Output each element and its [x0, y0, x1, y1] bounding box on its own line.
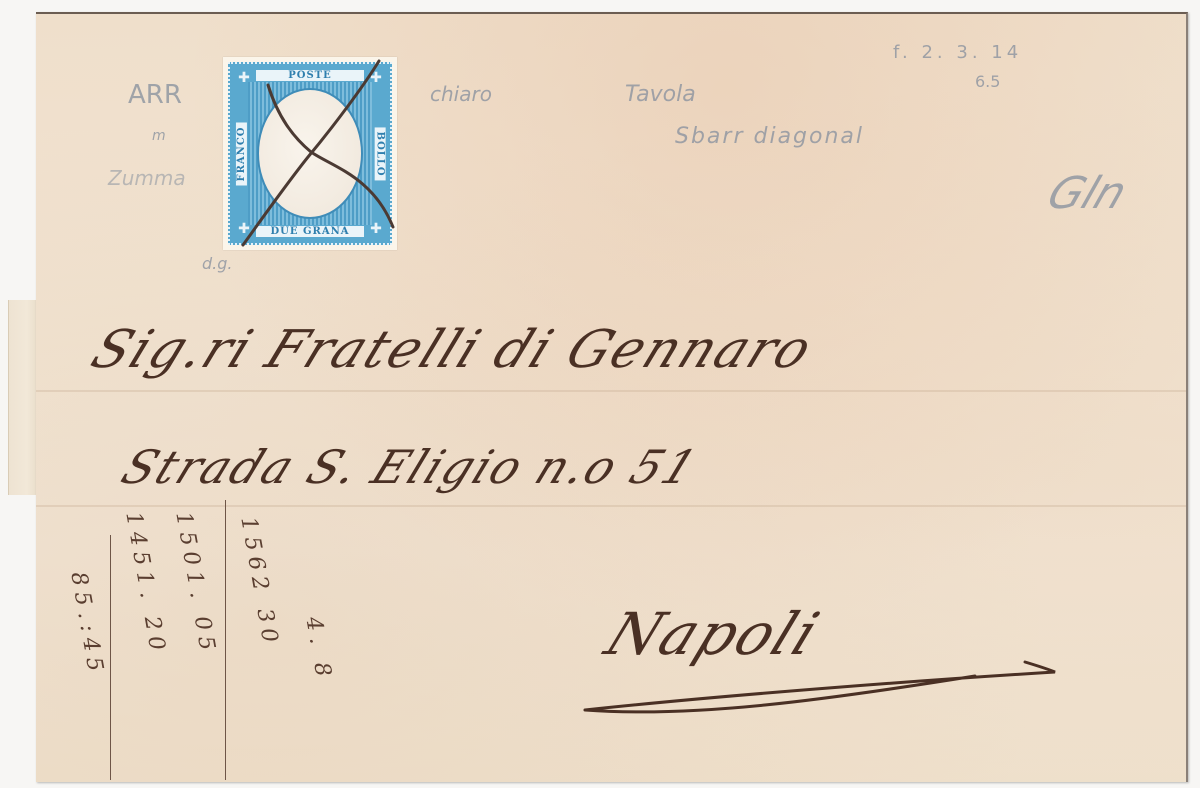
- underline-flourish: [575, 640, 1075, 730]
- pencil-note-top-right-2: 6.5: [975, 72, 1000, 91]
- postage-stamp: POSTE DUE GRANA FRANCO BOLLO ✚ ✚ ✚ ✚: [223, 57, 397, 250]
- pen-cross-cancel-icon: [223, 57, 397, 250]
- pencil-note-mark: m: [152, 128, 166, 144]
- back-flap: [8, 300, 39, 495]
- pencil-note-chiaro: chiaro: [430, 82, 492, 106]
- pencil-note-tavola-detail: Sbarr diagonal: [675, 124, 864, 149]
- pencil-note-below-stamp: d.g.: [202, 254, 232, 273]
- pencil-note-arr: ARR: [128, 80, 182, 110]
- fold-crease: [36, 505, 1186, 507]
- pencil-note-tavola: Tavola: [625, 82, 696, 107]
- address-line-1: Sig.ri Fratelli di Gennaro: [83, 320, 822, 380]
- ledger-rule: [225, 500, 226, 780]
- ledger-rule: [110, 535, 111, 780]
- pencil-note-left: Zumma: [108, 166, 186, 190]
- fold-crease: [36, 390, 1186, 392]
- address-line-2: Strada S. Eligio n.o 51: [114, 440, 706, 494]
- pencil-note-top-right-1: f. 2. 3. 14: [893, 42, 1022, 63]
